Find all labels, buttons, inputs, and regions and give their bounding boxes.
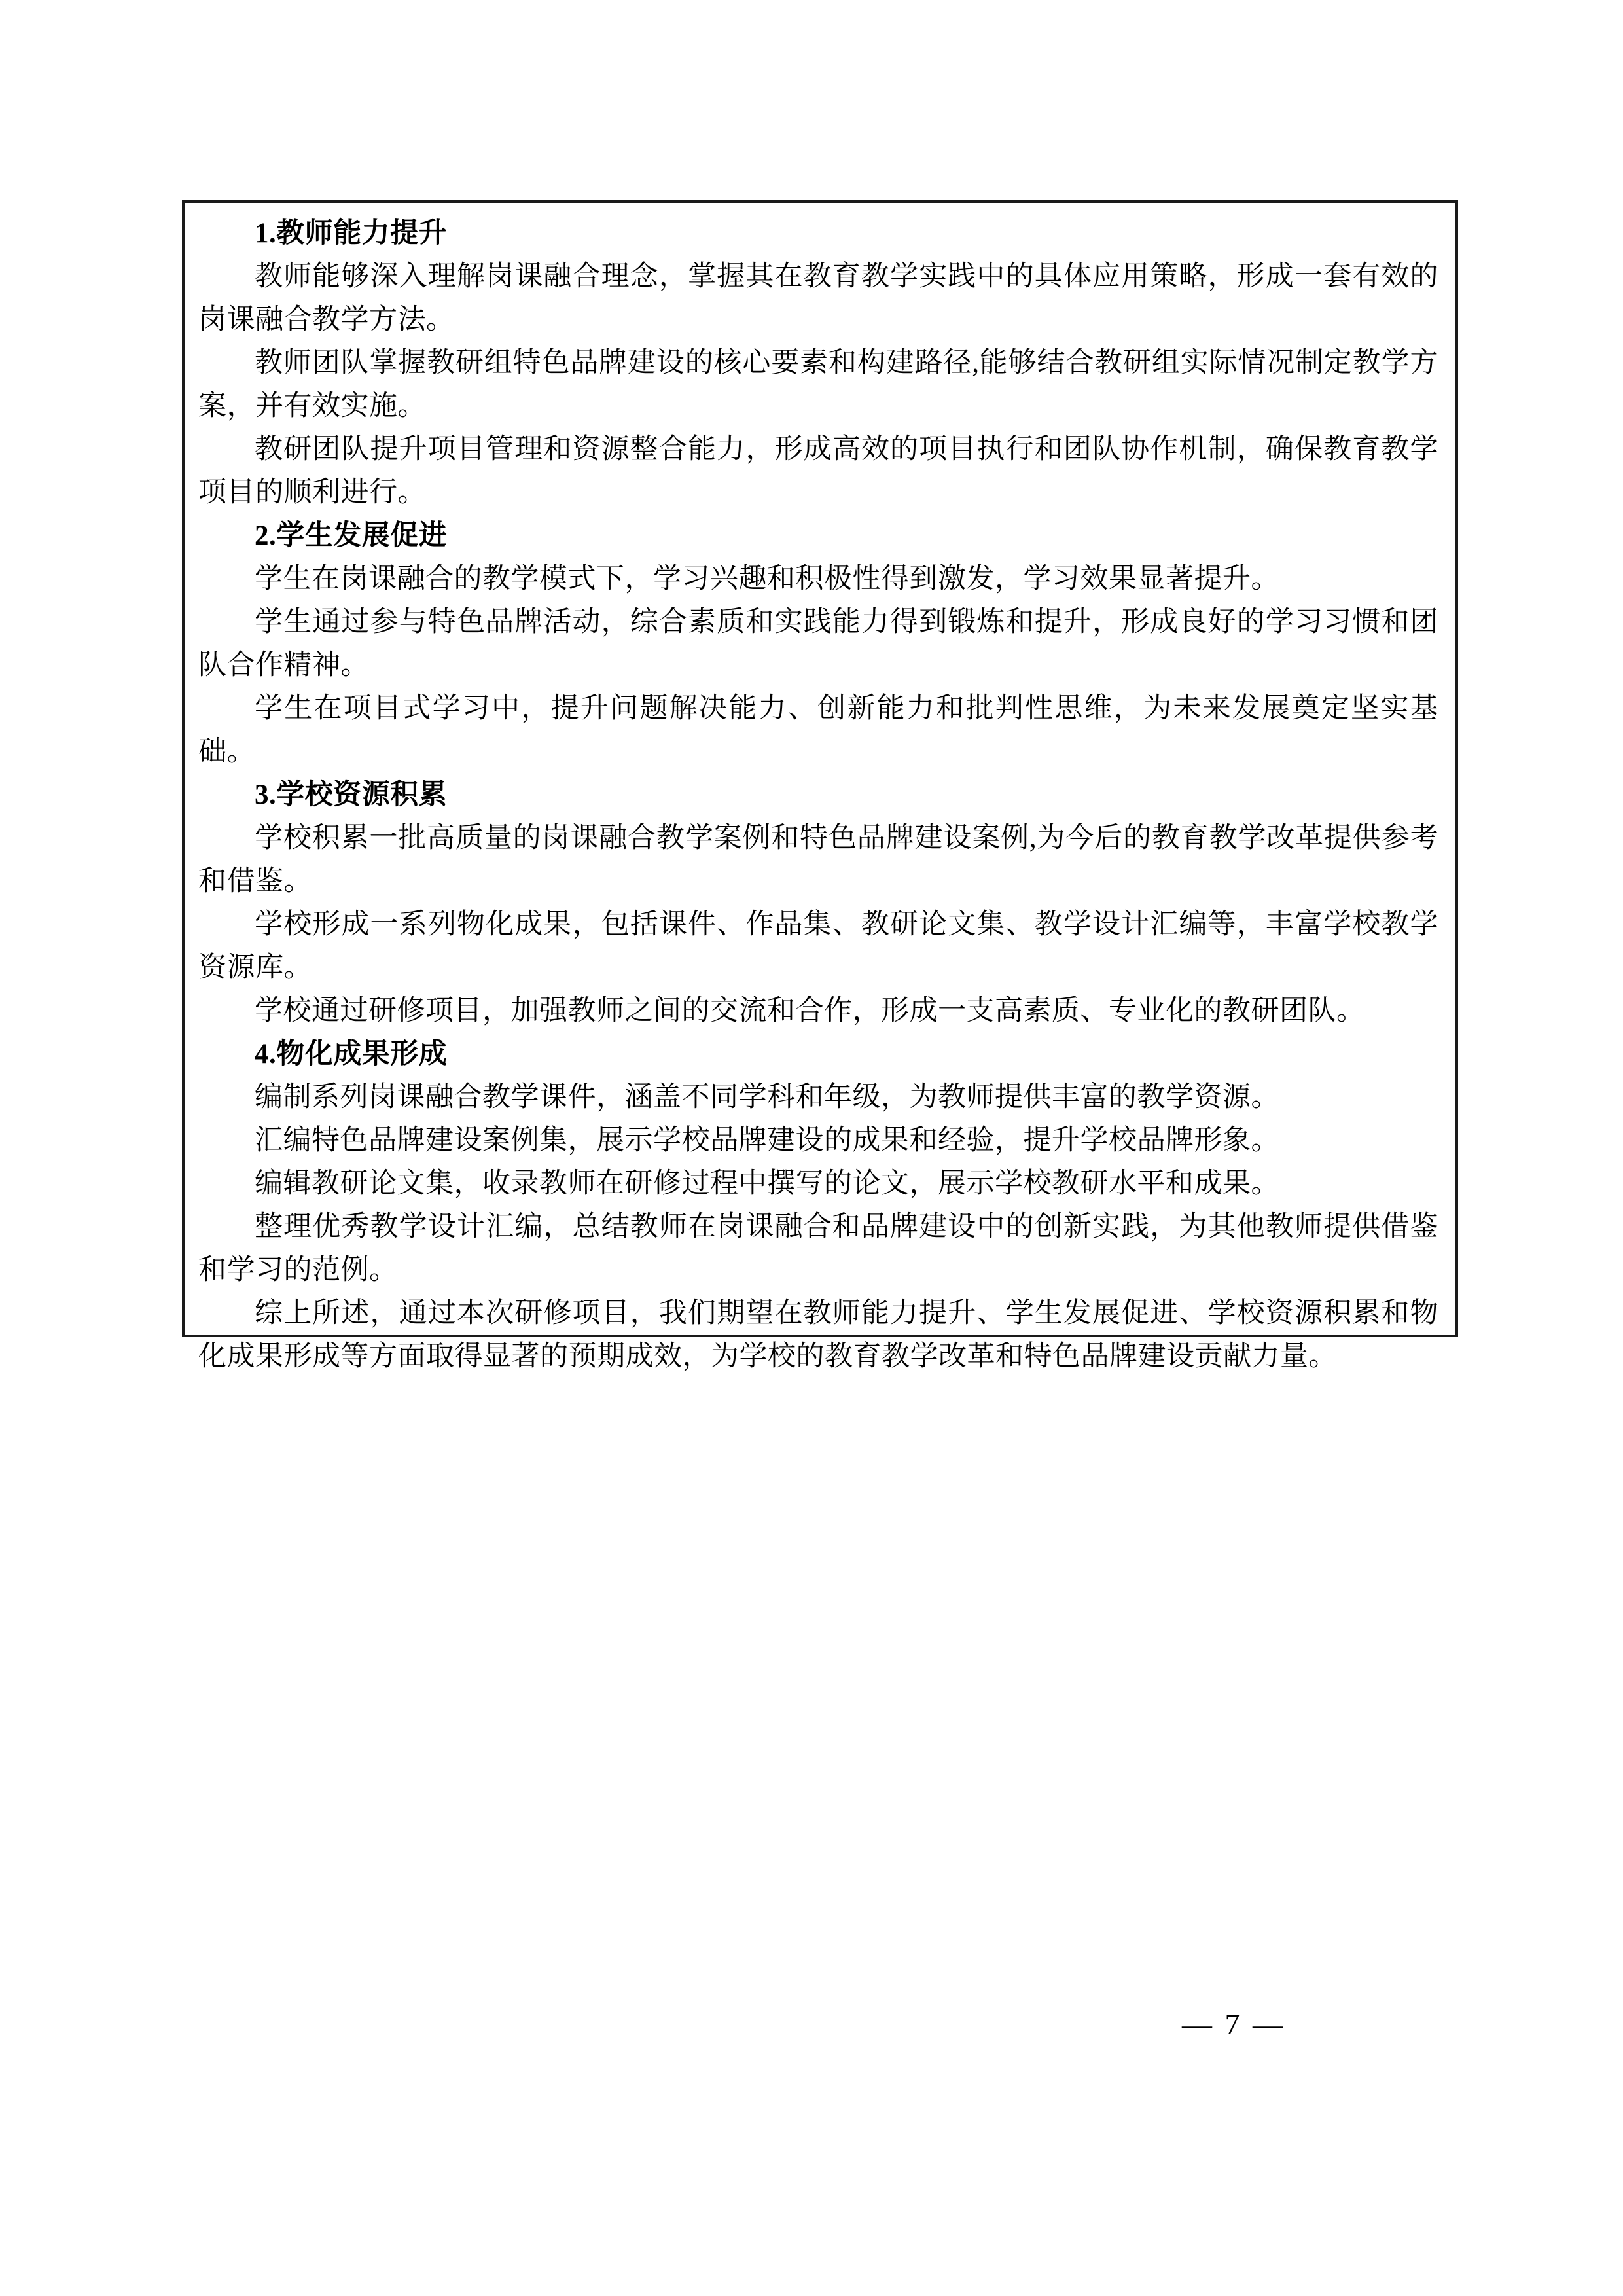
body-paragraph: 学校通过研修项目，加强教师之间的交流和合作，形成一支高素质、专业化的教研团队。 [198,990,1438,1033]
section-heading: 4.物化成果形成 [198,1033,1438,1076]
body-paragraph: 学校形成一系列物化成果，包括课件、作品集、教研论文集、教学设计汇编等，丰富学校教… [198,903,1438,990]
body-paragraph: 整理优秀教学设计汇编，总结教师在岗课融合和品牌建设中的创新实践，为其他教师提供借… [198,1206,1438,1292]
body-paragraph: 教师能够深入理解岗课融合理念，掌握其在教育教学实践中的具体应用策略，形成一套有效… [198,255,1438,342]
section-heading: 2.学生发展促进 [198,514,1438,558]
body-paragraph: 学校积累一批高质量的岗课融合教学案例和特色品牌建设案例,为今后的教育教学改革提供… [198,817,1438,903]
body-paragraph: 学生在岗课融合的教学模式下，学习兴趣和积极性得到激发，学习效果显著提升。 [198,558,1438,601]
page-number: — 7 — [1182,2007,1285,2041]
body-paragraph: 综上所述，通过本次研修项目，我们期望在教师能力提升、学生发展促进、学校资源积累和… [198,1292,1438,1378]
body-paragraph: 汇编特色品牌建设案例集，展示学校品牌建设的成果和经验，提升学校品牌形象。 [198,1119,1438,1162]
body-paragraph: 学生在项目式学习中，提升问题解决能力、创新能力和批判性思维，为未来发展奠定坚实基… [198,687,1438,774]
document-box: 1.教师能力提升教师能够深入理解岗课融合理念，掌握其在教育教学实践中的具体应用策… [182,200,1458,1337]
section-heading: 1.教师能力提升 [198,212,1438,255]
document-page: 1.教师能力提升教师能够深入理解岗课融合理念，掌握其在教育教学实践中的具体应用策… [0,0,1623,2296]
body-paragraph: 学生通过参与特色品牌活动，综合素质和实践能力得到锻炼和提升，形成良好的学习习惯和… [198,601,1438,687]
body-paragraph: 教研团队提升项目管理和资源整合能力，形成高效的项目执行和团队协作机制，确保教育教… [198,428,1438,514]
body-paragraph: 教师团队掌握教研组特色品牌建设的核心要素和构建路径,能够结合教研组实际情况制定教… [198,342,1438,428]
section-heading: 3.学校资源积累 [198,774,1438,817]
body-paragraph: 编辑教研论文集，收录教师在研修过程中撰写的论文，展示学校教研水平和成果。 [198,1162,1438,1206]
body-paragraph: 编制系列岗课融合教学课件，涵盖不同学科和年级，为教师提供丰富的教学资源。 [198,1076,1438,1119]
